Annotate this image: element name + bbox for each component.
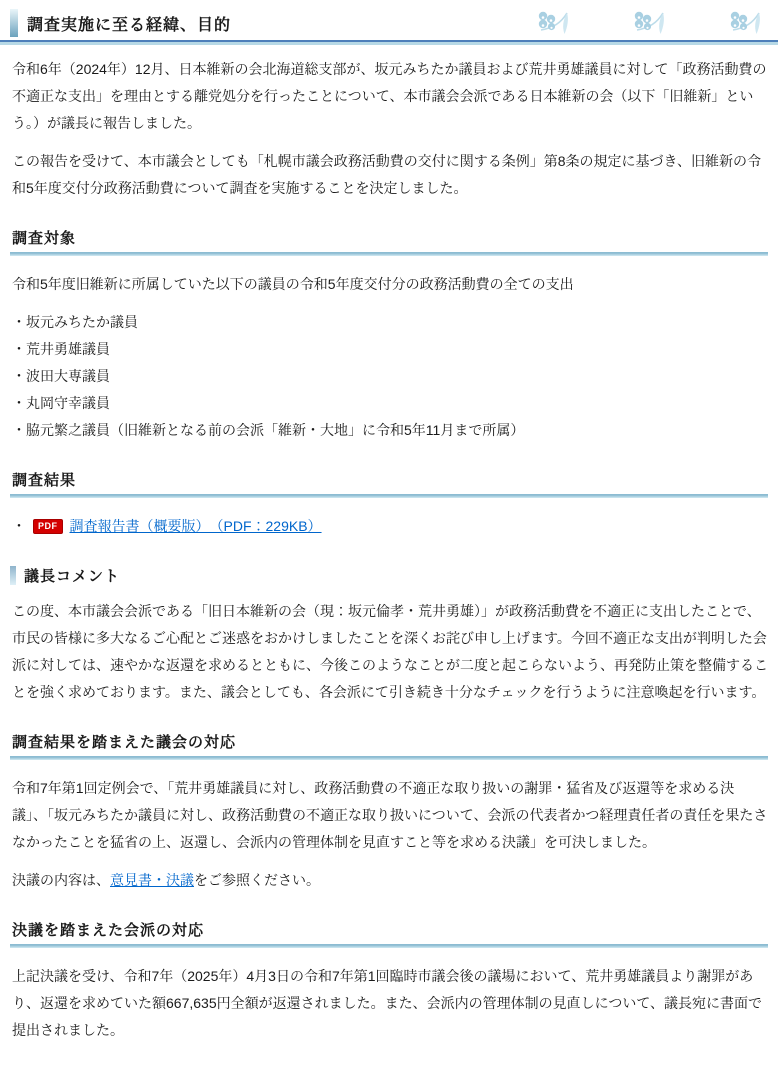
subheader-label: 議長コメント [24, 565, 120, 586]
member-list: ・坂元みちたか議員 ・荒井勇雄議員 ・波田大専議員 ・丸岡守幸議員 ・脇元繁之議… [12, 309, 768, 444]
report-pdf-link[interactable]: 調査報告書（概要版） （PDF：229KB） [70, 513, 322, 540]
intro-paragraph-1: 令和6年（2024年）12月、日本維新の会北海道総支部が、坂元みちたか議員および… [12, 56, 768, 137]
section-title-results: 調査結果 [10, 469, 768, 498]
section-title-faction-response: 決議を踏まえた会派の対応 [10, 919, 768, 948]
subheader-accent-bar [10, 566, 16, 585]
list-bullet: ・ [12, 513, 26, 540]
resolution-link[interactable]: 意見書・決議 [110, 872, 194, 888]
header-accent-bar [10, 9, 18, 37]
list-item: ・荒井勇雄議員 [12, 336, 768, 363]
intro-paragraph-2: この報告を受けて、本市議会としても「札幌市議会政務活動費の交付に関する条例」第8… [12, 148, 768, 202]
page-title: 調査実施に至る経緯、目的 [27, 12, 231, 35]
lily-of-the-valley-icon [728, 10, 762, 36]
section-title-chairman-comment: 議長コメント [10, 565, 768, 586]
list-item: ・坂元みちたか議員 [12, 309, 768, 336]
lily-of-the-valley-icon [632, 10, 666, 36]
lily-decoration [536, 10, 768, 36]
resolution-text-after: をご参照ください。 [194, 872, 320, 888]
council-response-paragraph: 令和7年第1回定例会で、「荒井勇雄議員に対し、政務活動費の不適正な取り扱いの謝罪… [12, 775, 768, 856]
faction-response-paragraph: 上記決議を受け、令和7年（2025年）4月3日の令和7年第1回臨時市議会後の議場… [12, 963, 768, 1044]
target-lead: 令和5年度旧維新に所属していた以下の議員の令和5年度交付分の政務活動費の全ての支… [12, 271, 768, 298]
resolution-reference-line: 決議の内容は、意見書・決議をご参照ください。 [12, 867, 768, 894]
section-title-council-response: 調査結果を踏まえた議会の対応 [10, 731, 768, 760]
pdf-icon: PDF [33, 519, 63, 534]
list-item: ・丸岡守幸議員 [12, 390, 768, 417]
report-link-row: ・ PDF 調査報告書（概要版） （PDF：229KB） [12, 513, 768, 540]
resolution-text-before: 決議の内容は、 [12, 872, 110, 888]
list-item: ・波田大専議員 [12, 363, 768, 390]
page-title-header: 調査実施に至る経緯、目的 [10, 6, 768, 45]
list-item: ・脇元繁之議員（旧維新となる前の会派「維新・大地」に令和5年11月まで所属） [12, 417, 768, 444]
page: 調査実施に至る経緯、目的 令和6年（2024年）12月、日本維新の会北海道総支部… [0, 0, 778, 1071]
lily-of-the-valley-icon [536, 10, 570, 36]
chairman-comment-paragraph: この度、本市議会会派である「旧日本維新の会（現：坂元倫孝・荒井勇雄）」が政務活動… [12, 598, 768, 706]
section-title-target: 調査対象 [10, 227, 768, 256]
